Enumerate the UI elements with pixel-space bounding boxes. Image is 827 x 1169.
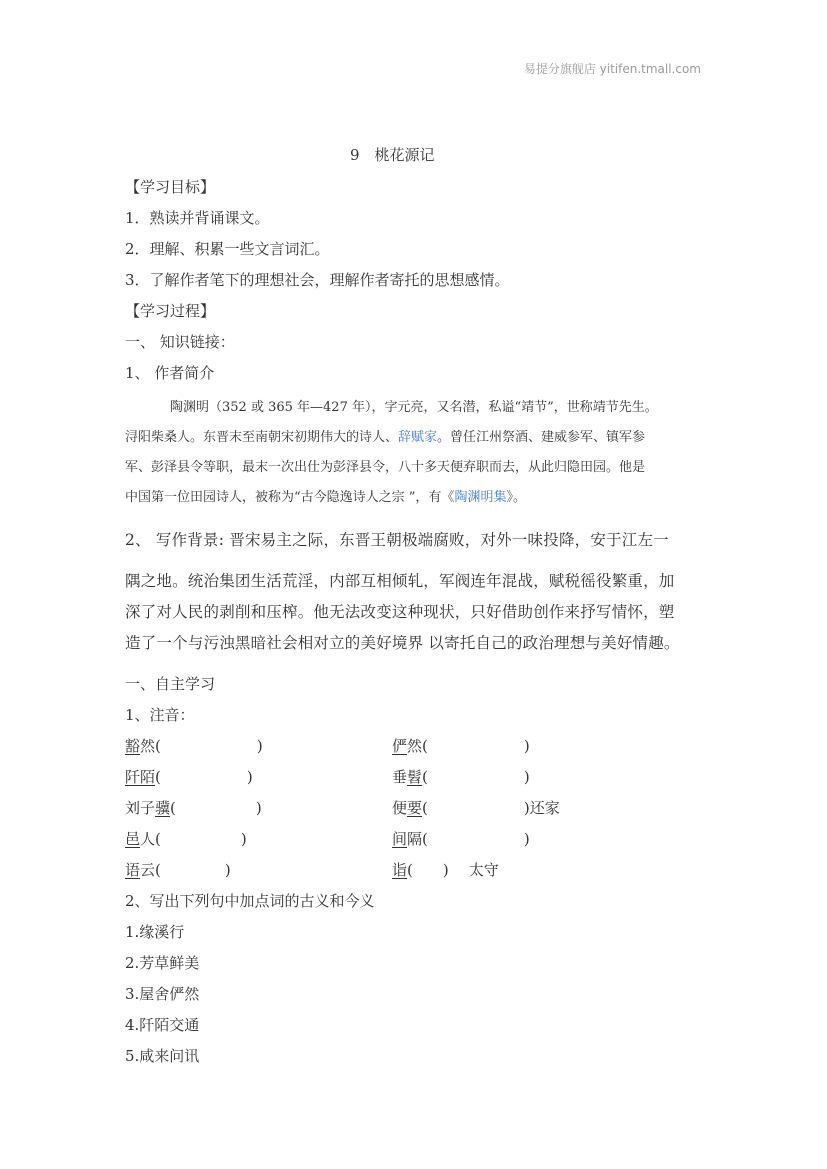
background-line: 2、 写作背景: 晋宋易主之际，东晋王朝极端腐败，对外一味投降，安于江左一 xyxy=(125,528,669,550)
meaning-item: 3.屋舍俨然 xyxy=(125,983,199,1004)
pinyin-open: 人( xyxy=(140,830,161,848)
pinyin-item: 俨然() xyxy=(392,735,530,756)
background-line: 隅之地。统治集团生活荒淫，内部互相倾轧，军阀连年混战，赋税徭役繁重，加 xyxy=(125,569,675,591)
pinyin-close: ) xyxy=(524,737,530,755)
knowledge-link-heading: 一、 知识链接： xyxy=(125,331,235,352)
pinyin-item: 便要()还家 xyxy=(392,797,560,818)
plain-char: 垂 xyxy=(392,768,407,786)
document-title: 9 桃花源记 xyxy=(350,144,435,165)
pinyin-item: 豁然() xyxy=(125,735,263,756)
bio-text: 中国第一位田园诗人，被称为“古今隐逸诗人之宗 ”，有《 xyxy=(125,490,454,505)
objective-item: 1．熟读并背诵课文。 xyxy=(125,207,270,228)
pinyin-close: ) xyxy=(524,830,530,848)
pinyin-open: ( xyxy=(170,799,176,817)
bio-text: 。曾任江州祭酒、建威参军、镇军参 xyxy=(437,430,645,445)
pinyin-open: ( xyxy=(155,768,161,786)
pinyin-item: 诣()太守 xyxy=(392,859,499,880)
bio-line: 军、彭泽县令等职，最末一次出仕为彭泽县令，八十多天便弃职而去，从此归隐田园。他是 xyxy=(125,456,645,475)
underlined-char: 语 xyxy=(125,861,140,879)
underlined-char: 俨 xyxy=(392,737,407,755)
pinyin-tail: 还家 xyxy=(530,799,560,817)
ci-fu-jia-link[interactable]: 辞赋家 xyxy=(398,430,437,445)
pinyin-open: ( xyxy=(407,861,413,879)
meaning-heading: 2、写出下列句中加点词的古义和今义 xyxy=(125,890,375,911)
pinyin-close: ) xyxy=(257,737,263,755)
self-study-heading: 一、自主学习 xyxy=(125,673,215,694)
pinyin-item: 邑人() xyxy=(125,828,247,849)
background-line: 造了一个与污浊黑暗社会相对立的美好境界 以寄托自己的政治理想与美好情趣。 xyxy=(125,631,680,653)
underlined-char: 髫 xyxy=(407,768,422,786)
pinyin-heading: 1、注音： xyxy=(125,704,195,725)
underlined-char: 阡陌 xyxy=(125,768,155,786)
pinyin-item: 刘子骥() xyxy=(125,797,262,818)
tao-yuanming-ji-link[interactable]: 陶渊明集 xyxy=(454,490,506,505)
pinyin-open: 然( xyxy=(140,737,161,755)
watermark: 易提分旗舰店 yitifen.tmall.com xyxy=(524,60,701,77)
pinyin-open: 然( xyxy=(407,737,428,755)
underlined-char: 骥 xyxy=(155,799,170,817)
pinyin-close: ) xyxy=(443,861,449,879)
objective-item: 3．了解作者笔下的理想社会，理解作者寄托的思想感情。 xyxy=(125,269,510,290)
pinyin-item: 阡陌() xyxy=(125,766,253,787)
pinyin-item: 垂髫() xyxy=(392,766,530,787)
pinyin-item: 语云() xyxy=(125,859,231,880)
background-line: 深了对人民的剥削和压榨。他无法改变这种现状，只好借助创作来抒写情怀，塑 xyxy=(125,600,675,622)
pinyin-close: ) xyxy=(256,799,262,817)
pinyin-close: ) xyxy=(524,768,530,786)
pinyin-item: 间隔() xyxy=(392,828,530,849)
author-intro-heading: 1、 作者简介 xyxy=(125,362,214,383)
pinyin-open: 云( xyxy=(140,861,161,879)
plain-char: 便 xyxy=(392,799,407,817)
underlined-char: 要 xyxy=(407,799,422,817)
pinyin-open: ( xyxy=(422,768,428,786)
pinyin-open: ( xyxy=(422,799,428,817)
underlined-char: 诣 xyxy=(392,861,407,879)
objective-item: 2．理解、积累一些文言词汇。 xyxy=(125,238,330,259)
underlined-char: 豁 xyxy=(125,737,140,755)
meaning-item: 1.缘溪行 xyxy=(125,921,184,942)
pinyin-close: ) xyxy=(225,861,231,879)
underlined-char: 间 xyxy=(392,830,407,848)
meaning-item: 4.阡陌交通 xyxy=(125,1014,199,1035)
meaning-item: 5.咸来问讯 xyxy=(125,1045,199,1066)
underlined-char: 邑 xyxy=(125,830,140,848)
objectives-heading: 【学习目标】 xyxy=(125,176,215,197)
bio-line: 陶渊明（352 或 365 年—427 年），字元亮，又名潜，私谥“靖节”，世称… xyxy=(170,396,658,415)
plain-char: 刘子 xyxy=(125,799,155,817)
pinyin-open: 隔( xyxy=(407,830,428,848)
pinyin-close: ) xyxy=(247,768,253,786)
bio-line: 中国第一位田园诗人，被称为“古今隐逸诗人之宗 ”，有《陶渊明集》。 xyxy=(125,486,526,505)
bio-line: 浔阳柴桑人。东晋末至南朝宋初期伟大的诗人、辞赋家。曾任江州祭酒、建威参军、镇军参 xyxy=(125,426,645,445)
pinyin-tail: 太守 xyxy=(469,861,499,879)
pinyin-close: ) xyxy=(241,830,247,848)
bio-text: 》。 xyxy=(506,490,526,505)
process-heading: 【学习过程】 xyxy=(125,300,215,321)
meaning-item: 2.芳草鲜美 xyxy=(125,952,199,973)
bio-text: 浔阳柴桑人。东晋末至南朝宋初期伟大的诗人、 xyxy=(125,430,398,445)
